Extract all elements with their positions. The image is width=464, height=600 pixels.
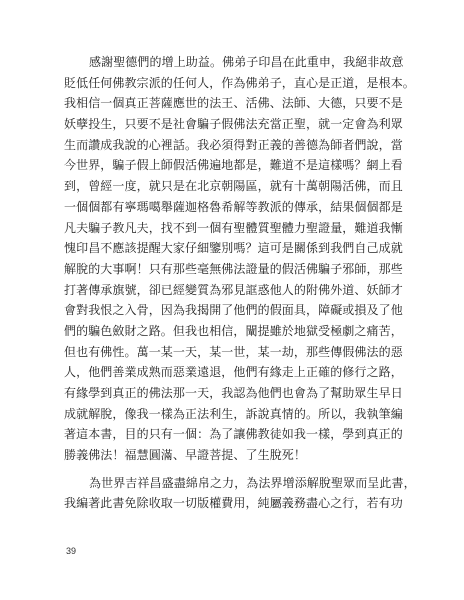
text-line: 著這本書，目的只有一個：為了讓佛教徒如我一樣，學到真正的 [64,424,406,445]
text-line: 勝義佛法！福慧圓滿、早證菩提、了生脫死！ [64,445,406,466]
text-line: 愧印昌不應該提醒大家仔細鑒別嗎？這可是關係到我們自己成就 [64,238,406,259]
text-line: 到，曾經一度，就只是在北京朝陽區，就有十萬朝陽活佛，而且 [64,176,406,197]
page-number: 39 [66,546,76,556]
document-page: 感謝聖德們的增上助益。佛弟子印昌在此重申，我絕非故意貶低任何佛教宗派的任何人，作… [0,0,464,600]
text-block: 感謝聖德們的增上助益。佛弟子印昌在此重申，我絕非故意貶低任何佛教宗派的任何人，作… [64,52,406,514]
text-line: 妖孽投生，只要不是社會騙子假佛法充當正聖，就一定會為利眾 [64,114,406,135]
text-line: 我相信一個真正菩薩應世的法王、活佛、法師、大德，只要不是 [64,93,406,114]
text-line: 們的騙色斂財之路。但我也相信，闡提雖於地獄受極劇之痛苦， [64,321,406,342]
paragraph: 感謝聖德們的增上助益。佛弟子印昌在此重申，我絕非故意貶低任何佛教宗派的任何人，作… [64,52,406,466]
text-line: 我編著此書免除收取一切版權費用，純屬義務盡心之行，若有功 [64,493,406,514]
text-line: 今世界，騙子假上師假活佛遍地都是，難道不是這樣嗎？網上看 [64,155,406,176]
text-line: 有緣學到真正的佛法那一天，我認為他們也會為了幫助眾生早日 [64,383,406,404]
text-line: 感謝聖德們的增上助益。佛弟子印昌在此重申，我絕非故意 [64,52,406,73]
text-line: 打著傳承旗號，卻已經變質為邪見誆惑他人的附佛外道、妖師才 [64,280,406,301]
text-line: 但也有佛性。萬一某一天，某一世，某一劫，那些傳假佛法的惡 [64,342,406,363]
text-line: 生而讚成我說的心裡話。我必須得對正義的善德為師者們說，當 [64,135,406,156]
text-line: 一個個都有寧瑪噶舉薩迦格魯希解等教派的傳承，結果個個都是 [64,197,406,218]
text-line: 貶低任何佛教宗派的任何人，作為佛弟子，直心是正道，是根本。 [64,73,406,94]
text-line: 凡夫騙子教凡夫，找不到一個有聖體質聖體力聖證量，難道我慚 [64,218,406,239]
text-line: 為世界吉祥昌盛盡綿帛之力，為法界增添解脫聖眾而呈此書， [64,473,406,494]
paragraph: 為世界吉祥昌盛盡綿帛之力，為法界增添解脫聖眾而呈此書，我編著此書免除收取一切版權… [64,473,406,514]
text-line: 成就解脫，像我一樣為正法利生，訴說真情的。所以，我執筆編 [64,404,406,425]
text-line: 會對我恨之入骨，因為我揭開了他們的假面具，障礙或損及了他 [64,300,406,321]
text-line: 人，他們善業成熟而惡業遠退，他們有緣走上正確的修行之路， [64,362,406,383]
text-line: 解脫的大事啊！只有那些毫無佛法證量的假活佛騙子邪師，那些 [64,259,406,280]
